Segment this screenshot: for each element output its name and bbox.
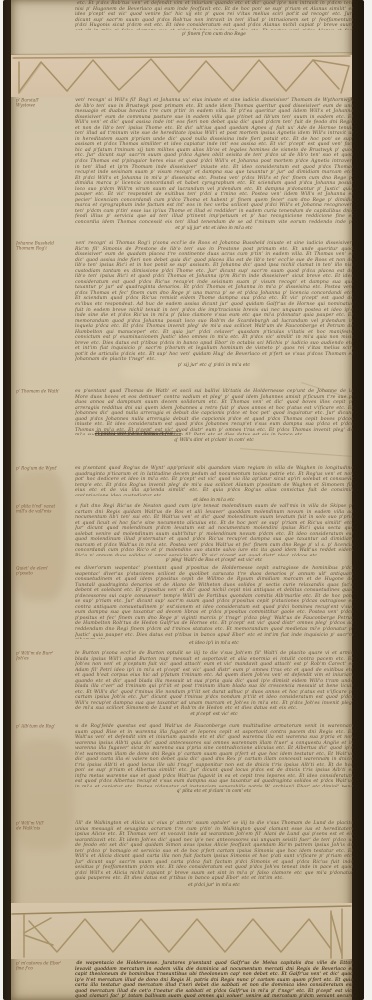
entry-body: Juratores diver'orum wapentac' p'sentant… <box>75 565 353 639</box>
entry-body: Will's de Burton p'sona eccl'ie de Burto… <box>75 650 353 710</box>
margin-note: p' Alb'tum de Rog' <box>16 724 76 740</box>
entry-endline: et p'dci jur' in mi'a etc <box>75 882 353 890</box>
roll-entry: Johanne BussheldThomam Rog'i Assisa ven'… <box>0 240 372 372</box>
margin-note: p' Will'm de Burr'Joh'es <box>16 651 76 667</box>
entry-endline: et p' xij jur' etc et ideo in mi'a etc <box>75 225 353 233</box>
entry-body: Will's Vill' de Walkington et Alicia ux'… <box>75 820 353 880</box>
roll-entry: p' Will'm de Burr'Joh'es Will's de Burto… <box>0 650 372 721</box>
roll-entry: Quiet' de elem'p'posito Juratores diver'… <box>0 565 372 650</box>
manuscript-photo: in mi'a etc. Et p'dcs Rob'tus ven' et de… <box>0 0 372 1000</box>
entry-body: Questus fuit dno Regi Ric'us de Neuton q… <box>75 503 353 556</box>
entry-body: Juratores p'sentant quod Thomas de Wath'… <box>75 388 353 435</box>
entry-body: Assisa ven' recogn' si Thomas Rog'i p'so… <box>75 240 353 361</box>
entry-body: Assisa ven' recogn' si Will's fil' Rog'i… <box>75 97 353 224</box>
zigzag-stitch-pattern-top <box>11 55 352 97</box>
stitching-band-bottom <box>11 903 352 959</box>
roll-entry-fragment-top: in mi'a etc. Et p'dcs Rob'tus ven' et de… <box>0 0 372 42</box>
margin-note: p' m'catores de Ebor'fine f'co <box>16 961 76 977</box>
roll-entry: p' plita h'nd' vacatmill's de vall'mis Q… <box>0 503 372 567</box>
margin-note: p' Thomam de Wath' <box>16 389 76 405</box>
margin-note: Johanne BussheldThomam Rog'i <box>16 241 76 257</box>
entry-endline: q' Will's dim' et p'clam' in com' etc <box>75 437 353 445</box>
stitching-band-top <box>11 55 352 97</box>
margin-note: p' Will'm Vill'de Walk'nis <box>16 821 76 837</box>
margin-note: p' Burstall'Wystowe <box>16 98 76 114</box>
roll-entry-fragment-bottom: p' m'catores de Ebor'fine f'co Adhuc de … <box>0 960 372 1000</box>
roll-entry: p' Burstall'Wystowe Assisa ven' recogn' … <box>0 97 372 235</box>
entry-endline: p' pleg' Walt'i de Ros et p'cept' est vi… <box>75 557 353 565</box>
entry-endline: et ideo ip'i in mi'a etc <box>75 640 353 648</box>
roll-entry: p' Will'm Vill'de Walk'nis Will's Vill' … <box>0 820 372 892</box>
entry-body: in mi'a etc. Et p'dcs Rob'tus ven' et de… <box>75 0 353 30</box>
margin-note: p' plita h'nd' vacatmill's de vall'mis <box>16 504 76 520</box>
margin-note: p' Rog'um de Wynt' <box>16 466 76 482</box>
roll-entry: p' Rog'um de Wynt' Juratores p'sentant q… <box>0 465 372 507</box>
entry-endline: p' finem f'cm cum dno Rege <box>75 31 353 39</box>
zigzag-stitch-pattern-bottom <box>11 903 352 959</box>
entry-body: Albertus de Rog'felde questus est quod W… <box>75 723 353 787</box>
entry-endline: p' xij jur' etc q' p'dci in mi'a etc <box>75 362 353 370</box>
entry-endline: q' plita etc et p'clam' in com' etc <box>75 788 353 796</box>
roll-entry: p' Thomam de Wath' Juratores p'sentant q… <box>0 388 372 448</box>
entry-body: Juratores p'sentant quod Rog'us de Wynt'… <box>75 465 353 496</box>
margin-note: Quiet' de elem'p'posito <box>16 566 76 582</box>
entry-endline: et p'cept' est vic' etc <box>75 711 353 719</box>
entry-body: Adhuc de wapentacio de Holdernesse. Jura… <box>75 960 353 1000</box>
roll-entry: p' Alb'tum de Rog' Albertus de Rog'felde… <box>0 723 372 798</box>
